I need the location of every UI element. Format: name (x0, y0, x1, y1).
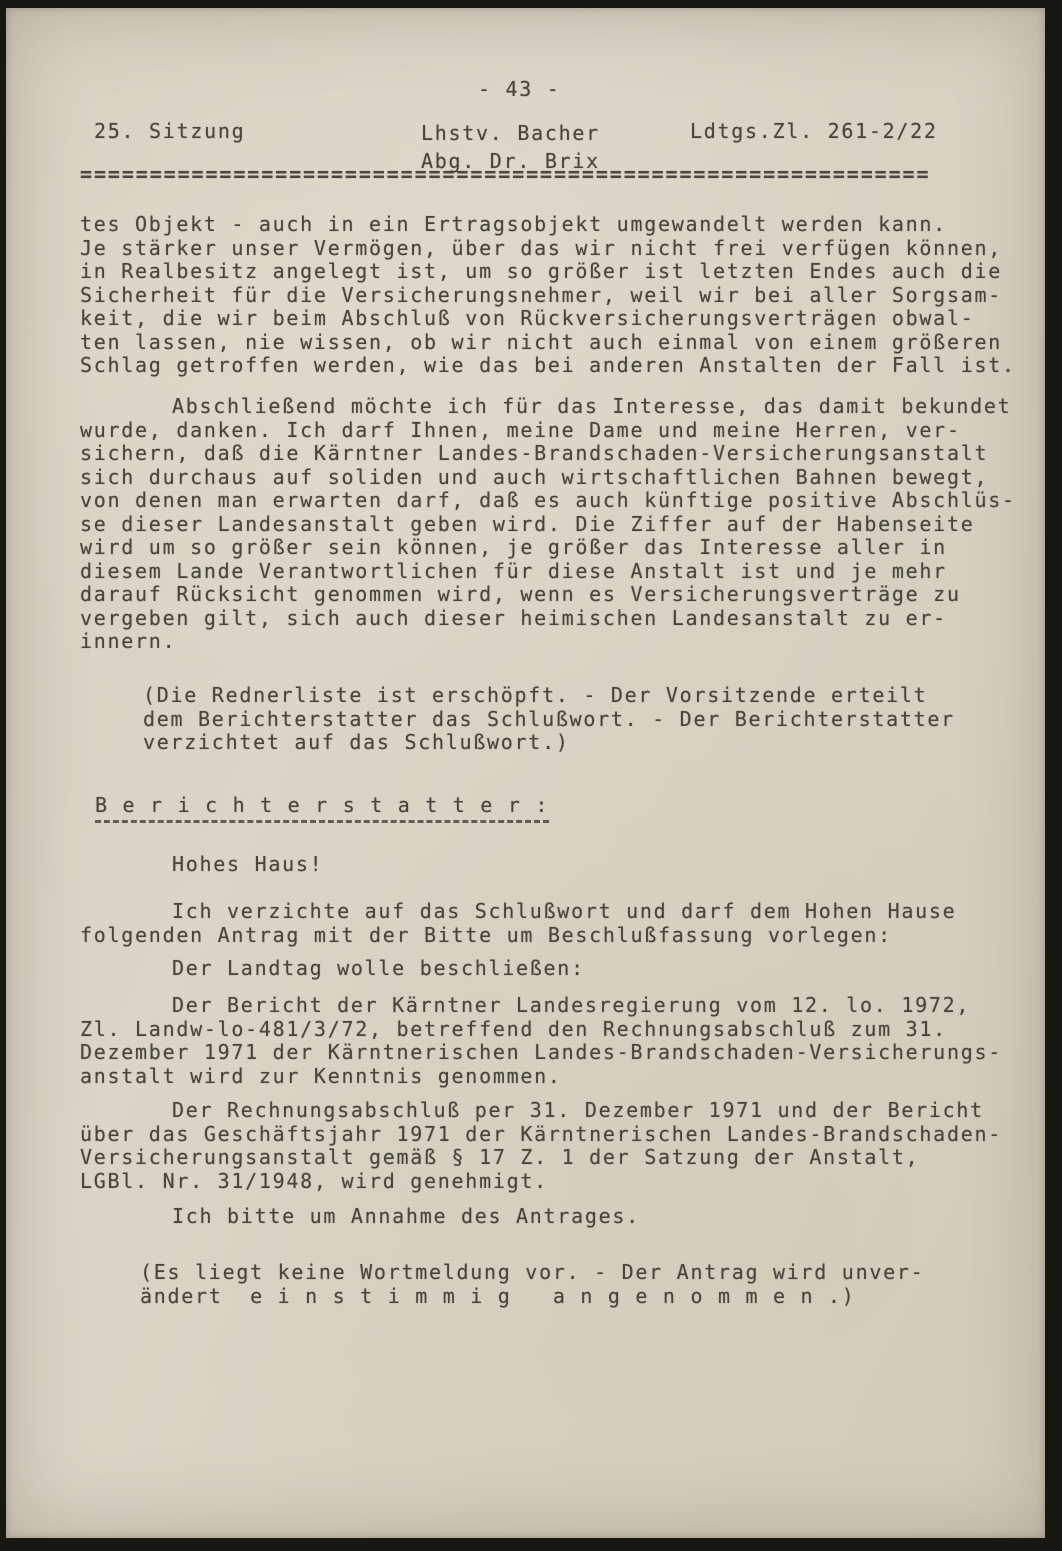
motion-point-2: Der Rechnungsabschluß per 31. Dezember 1… (80, 1099, 1040, 1193)
header-divider-rule: ========================================… (80, 163, 930, 187)
header-reference-number: Ldtgs.Zl. 261-2/22 (690, 120, 938, 144)
scanned-page: - 43 - 25. Sitzung Lhstv. Bacher Abg. Dr… (0, 0, 1062, 1551)
section-heading-berichterstatter: B e r i c h t e r s t a t t e r : (95, 794, 549, 823)
stage-direction-abstimmung: (Es liegt keine Wortmeldung vor. - Der A… (140, 1261, 1040, 1308)
page-number: - 43 - (478, 78, 561, 102)
motion-intro: Der Landtag wolle beschließen: (80, 957, 1040, 981)
motion-point-1: Der Bericht der Kärntner Landesregierung… (80, 994, 1040, 1088)
salutation: Hohes Haus! (172, 853, 323, 877)
header-session-number: 25. Sitzung (94, 120, 245, 144)
body-paragraph-2: Abschließend möchte ich für das Interess… (80, 395, 1040, 654)
body-paragraph-1: tes Objekt - auch in ein Ertragsobjekt u… (80, 213, 1040, 378)
closing-request: Ich bitte um Annahme des Antrages. (80, 1205, 1040, 1229)
body-paragraph-3: Ich verzichte auf das Schlußwort und dar… (80, 900, 1040, 947)
stage-direction-rednerliste: (Die Rednerliste ist erschöpft. - Der Vo… (143, 684, 1023, 755)
